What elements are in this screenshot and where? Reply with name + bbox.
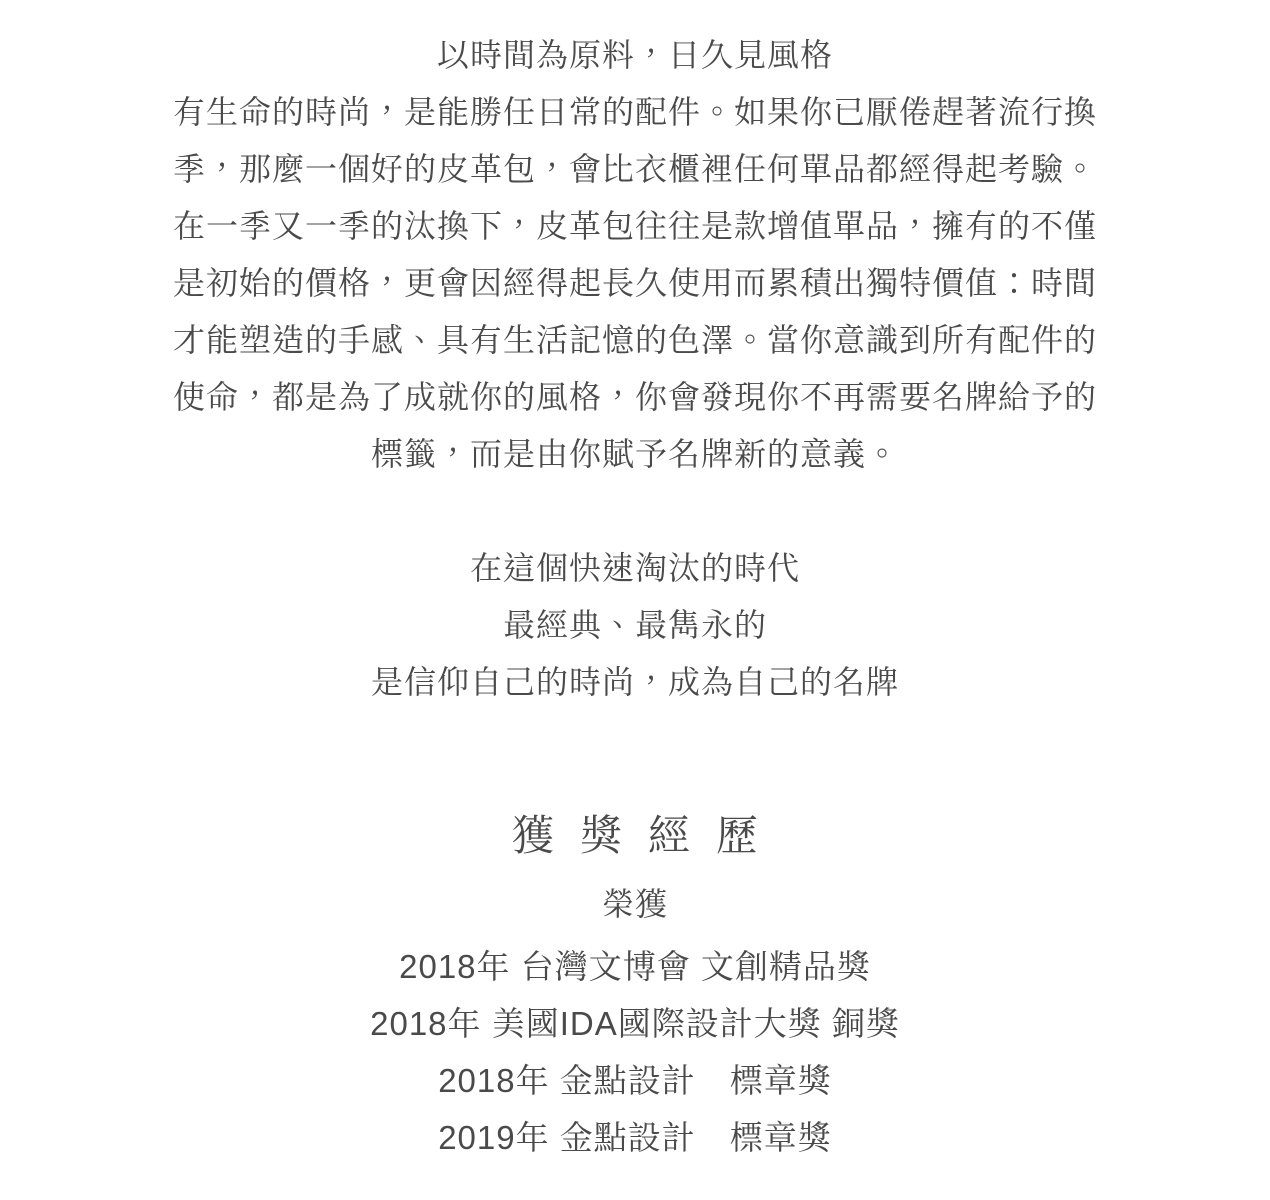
slogan-line: 在這個快速淘汰的時代 [0,540,1270,597]
intro-line: 有生命的時尚，是能勝任日常的配件。如果你已厭倦趕著流行換 [155,84,1115,141]
intro-paragraph: 有生命的時尚，是能勝任日常的配件。如果你已厭倦趕著流行換 季，那麼一個好的皮革包… [155,84,1115,483]
slogan-section: 在這個快速淘汰的時代 最經典、最雋永的 是信仰自己的時尚，成為自己的名牌 [0,540,1270,711]
awards-heading: 獲獎經歷 [0,806,1270,866]
award-item: 2018年 金點設計 標章獎 [0,1052,1270,1109]
intro-line: 在一季又一季的汰換下，皮革包往往是款增值單品，擁有的不僅 [155,198,1115,255]
award-item: 2018年 台灣文博會 文創精品獎 [0,938,1270,995]
awards-subtitle: 榮獲 [0,876,1270,933]
intro-heading: 以時間為原料，日久見風格 [0,27,1270,84]
awards-section: 獲獎經歷 榮獲 2018年 台灣文博會 文創精品獎 2018年 美國IDA國際設… [0,806,1270,1166]
intro-line: 使命，都是為了成就你的風格，你會發現你不再需要名牌給予的 [155,369,1115,426]
awards-list: 2018年 台灣文博會 文創精品獎 2018年 美國IDA國際設計大獎 銅獎 2… [0,938,1270,1166]
award-item: 2018年 美國IDA國際設計大獎 銅獎 [0,995,1270,1052]
award-item: 2019年 金點設計 標章獎 [0,1109,1270,1166]
slogan-line: 是信仰自己的時尚，成為自己的名牌 [0,654,1270,711]
intro-line: 才能塑造的手感、具有生活記憶的色澤。當你意識到所有配件的 [155,312,1115,369]
intro-line: 季，那麼一個好的皮革包，會比衣櫃裡任何單品都經得起考驗。 [155,141,1115,198]
slogan-line: 最經典、最雋永的 [0,597,1270,654]
brand-story-page: 以時間為原料，日久見風格 有生命的時尚，是能勝任日常的配件。如果你已厭倦趕著流行… [0,0,1270,1200]
intro-line: 是初始的價格，更會因經得起長久使用而累積出獨特價值：時間 [155,255,1115,312]
intro-line: 標籤，而是由你賦予名牌新的意義。 [155,426,1115,483]
intro-section: 以時間為原料，日久見風格 有生命的時尚，是能勝任日常的配件。如果你已厭倦趕著流行… [0,0,1270,483]
